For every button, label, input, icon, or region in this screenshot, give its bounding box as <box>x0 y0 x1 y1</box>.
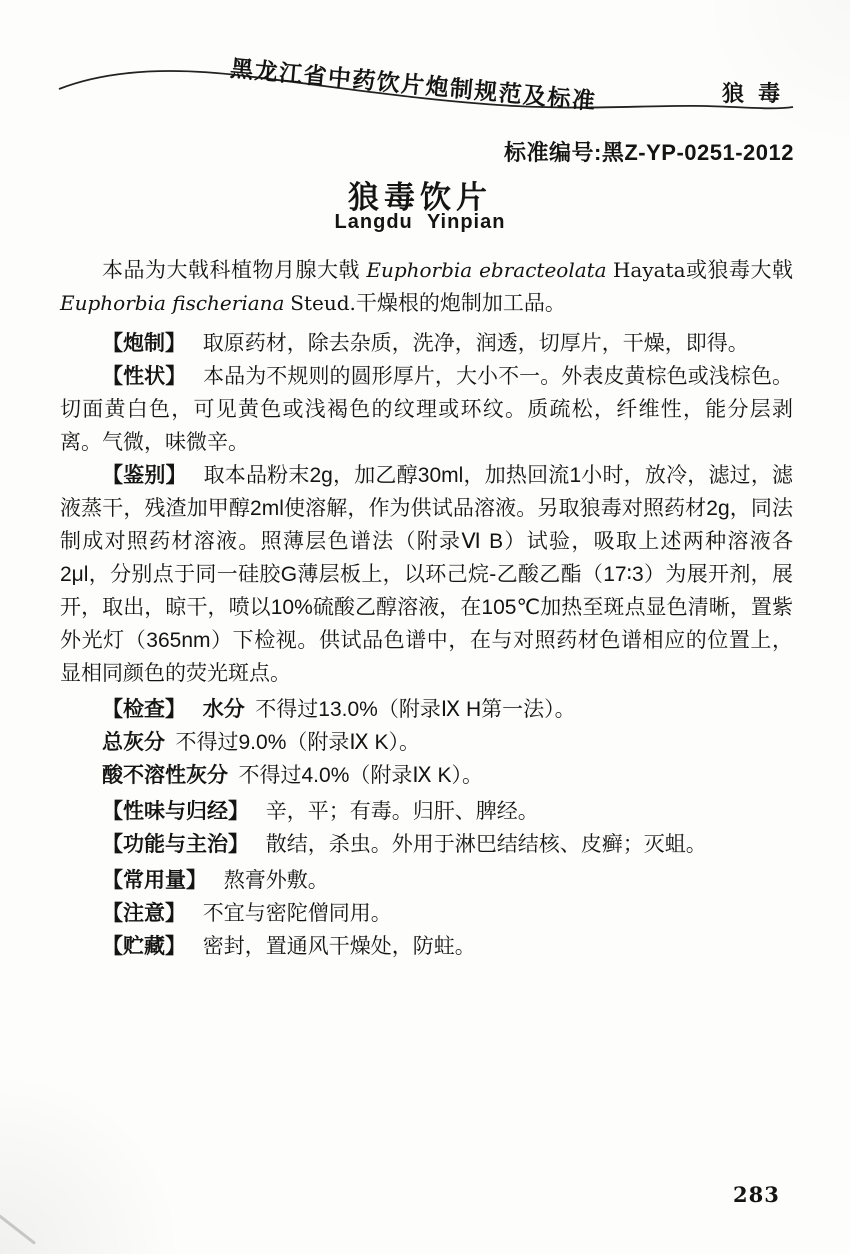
section-text: 熬膏外敷。 <box>224 869 329 892</box>
latin-name-1: Euphorbia ebracteolata <box>366 258 606 282</box>
section-changyongliang: 【常用量】熬膏外敷。 <box>60 864 793 897</box>
document-page: 黑龙江省中药饮片炮制规范及标准 狼 毒 标准编号:黑Z-YP-0251-2012… <box>0 0 850 1254</box>
scan-corner-crease <box>0 1214 36 1245</box>
section-label: 【常用量】 <box>102 869 207 892</box>
standard-number: 标准编号:黑Z-YP-0251-2012 <box>504 136 794 167</box>
section-label: 【性状】 <box>102 365 186 388</box>
section-text: 不得过9.0%（附录Ⅸ K）。 <box>176 731 420 754</box>
section-zhucang: 【贮藏】密封，置通风干燥处，防蛀。 <box>60 930 793 963</box>
section-zhuyi: 【注意】不宜与密陀僧同用。 <box>60 897 793 930</box>
section-sublabel: 酸不溶性灰分 <box>102 764 228 787</box>
section-jiancha-suanburongxinghuifen: 酸不溶性灰分不得过4.0%（附录Ⅸ K）。 <box>60 759 793 792</box>
section-label: 【功能与主治】 <box>102 833 249 856</box>
section-xingzhuang: 【性状】本品为不规则的圆形厚片，大小不一。外表皮黄棕色或浅棕色。切面黄白色，可见… <box>60 360 793 459</box>
section-xingwei-guijing: 【性味与归经】辛，平；有毒。归肝、脾经。 <box>60 795 793 828</box>
section-sublabel: 总灰分 <box>102 731 165 754</box>
section-gongneng-zhuzhi: 【功能与主治】散结，杀虫。外用于淋巴结结核、皮癣；灭蛆。 <box>60 828 793 861</box>
section-text: 辛，平；有毒。归肝、脾经。 <box>266 800 539 823</box>
latin-author-1: Hayata <box>613 258 686 282</box>
section-label: 【贮藏】 <box>102 935 186 958</box>
section-text: 取本品粉末2g，加乙醇30ml，加热回流1小时，放冷，滤过，滤液蒸干，残渣加甲醇… <box>60 464 793 685</box>
section-label: 【注意】 <box>102 902 186 925</box>
latin-name-2: Euphorbia fischeriana <box>60 291 284 315</box>
pinyin-subtitle: Langdu Yinpian <box>0 211 840 234</box>
intro-paragraph: 本品为大戟科植物月腺大戟 Euphorbia ebracteolata Haya… <box>60 254 793 320</box>
section-jiancha-shuifen: 【检查】水分不得过13.0%（附录Ⅸ H第一法）。 <box>60 693 793 726</box>
page-number: 283 <box>733 1182 780 1207</box>
intro-text-1: 本品为大戟科植物月腺大戟 <box>102 259 360 282</box>
section-text: 不宜与密陀僧同用。 <box>203 902 392 925</box>
section-label: 【炮制】 <box>102 332 186 355</box>
section-label: 【性味与归经】 <box>102 800 249 823</box>
section-text: 取原药材，除去杂质，洗净，润透，切厚片，干燥，即得。 <box>203 332 749 355</box>
running-header-drug-name: 狼 毒 <box>722 77 784 108</box>
section-paozhi: 【炮制】取原药材，除去杂质，洗净，润透，切厚片，干燥，即得。 <box>60 327 793 360</box>
monograph-body: 本品为大戟科植物月腺大戟 Euphorbia ebracteolata Haya… <box>60 254 793 963</box>
section-label: 【鉴别】 <box>102 464 187 487</box>
latin-author-2: Steud. <box>290 291 356 315</box>
section-jianbie: 【鉴别】取本品粉末2g，加乙醇30ml，加热回流1小时，放冷，滤过，滤液蒸干，残… <box>60 459 793 690</box>
section-label: 【检查】 <box>102 698 186 721</box>
section-text: 不得过13.0%（附录Ⅸ H第一法）。 <box>255 698 575 721</box>
section-text: 散结，杀虫。外用于淋巴结结核、皮癣；灭蛆。 <box>266 833 707 856</box>
section-text: 不得过4.0%（附录Ⅸ K）。 <box>239 764 483 787</box>
section-jiancha-zonghuifen: 总灰分不得过9.0%（附录Ⅸ K）。 <box>60 726 793 759</box>
intro-text-3: 干燥根的炮制加工品。 <box>356 292 566 315</box>
section-sublabel: 水分 <box>203 698 245 721</box>
section-text: 密封，置通风干燥处，防蛀。 <box>203 935 476 958</box>
intro-text-2: 或狼毒大戟 <box>686 259 794 282</box>
